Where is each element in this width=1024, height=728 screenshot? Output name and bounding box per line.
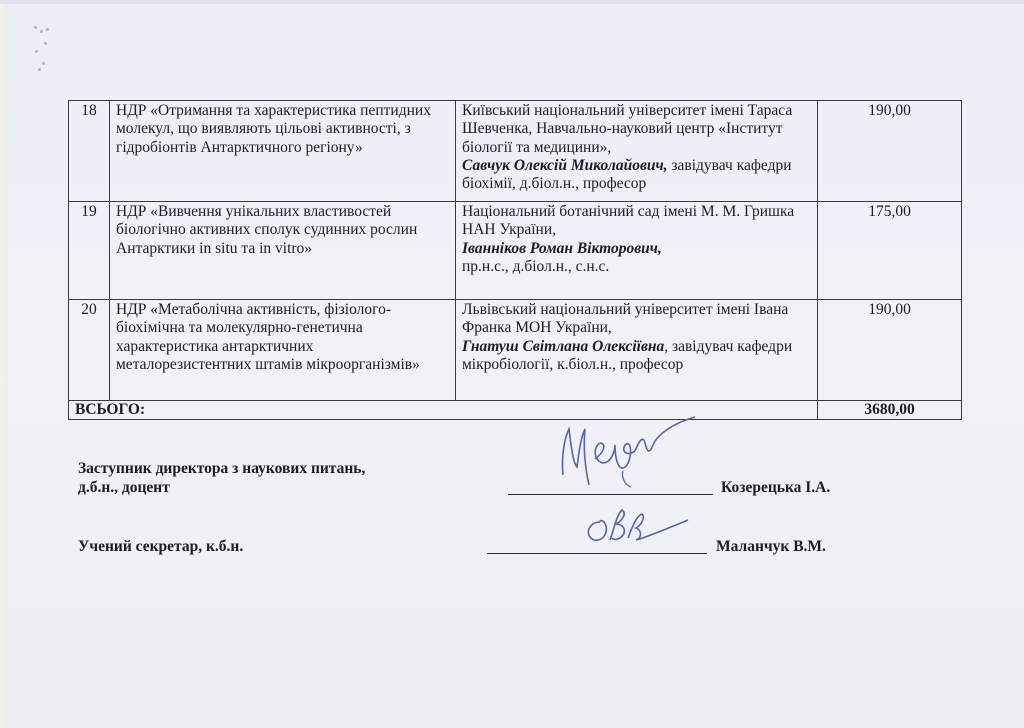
handwritten-signature-icon	[555, 415, 705, 495]
position-degree: д.б.н., доцент	[78, 479, 170, 496]
signatory-name: Козерецька І.А.	[721, 479, 830, 497]
position-title: Заступник директора з наукових питань,	[78, 460, 365, 477]
signature-line	[487, 553, 707, 554]
signatory-position: Учений секретар, к.б.н.	[78, 537, 243, 556]
signatory-name: Маланчук В.М.	[716, 538, 826, 556]
scanned-page: 18 НДР «Отримання та характеристика пепт…	[0, 0, 1024, 728]
signature-block: Заступник директора з наукових питань, д…	[0, 0, 1024, 728]
handwritten-signature-icon	[580, 500, 690, 550]
signatory-position: Заступник директора з наукових питань, д…	[78, 459, 365, 497]
